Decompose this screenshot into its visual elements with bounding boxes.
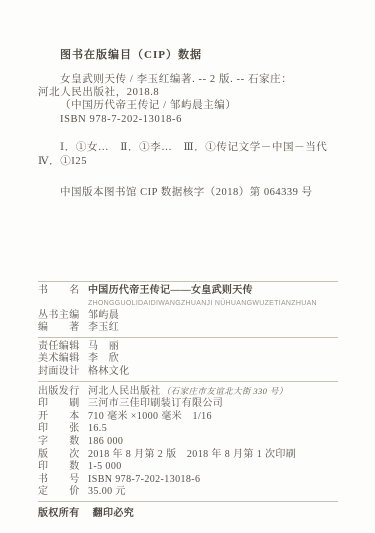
copyright-row: 版权所有 翻印必究: [38, 505, 338, 521]
row-value: 中国历代帝王传记——女皇武则天传: [88, 285, 253, 298]
colophon-row-edition: 版 次 2018 年 8 月第 2 版 2018 年 8 月第 1 次印刷: [38, 449, 338, 462]
row-label: 印 刷: [38, 398, 82, 411]
colophon-row-author: 编 著 李玉红: [38, 322, 338, 335]
row-label: 编 著: [38, 322, 82, 335]
copyright-reserved-label: 版权所有: [38, 507, 80, 521]
colophon-row-price: 定 价 35.00 元: [38, 486, 338, 499]
cip-line-isbn: ISBN 978-7-202-13018-6: [38, 113, 344, 126]
row-value: 李玉红: [88, 322, 119, 335]
row-label: 印 数: [38, 461, 82, 474]
row-label: 版 次: [38, 449, 82, 462]
colophon-row-sheets: 印 张 16.5: [38, 423, 338, 436]
row-label: 丛书主编: [38, 310, 82, 323]
copyright-page: 图书在版编目（CIP）数据 女皇武则天传 / 李玉红编著. -- 2 版. --…: [0, 0, 375, 533]
row-label: 书 号: [38, 474, 82, 487]
row-label: 开 本: [38, 411, 82, 424]
publisher-address: （石家庄市友谊北大街 330 号）: [162, 386, 288, 396]
row-label: 定 价: [38, 486, 82, 499]
colophon-row-publisher: 出版发行 河北人民出版社（石家庄市友谊北大街 330 号）: [38, 385, 338, 399]
colophon-row-printer: 印 刷 三河市三佳印刷装订有限公司: [38, 398, 338, 411]
row-label: 字 数: [38, 436, 82, 449]
colophon-row-isbn: 书 号 ISBN 978-7-202-13018-6: [38, 474, 338, 487]
publisher-name: 河北人民出版社: [88, 386, 161, 397]
colophon-row-responsible-editor: 责任编辑 马 丽: [38, 341, 338, 354]
row-label: 责任编辑: [38, 341, 82, 354]
cip-line-title: 女皇武则天传 / 李玉红编著. -- 2 版. -- 石家庄：: [38, 73, 344, 86]
row-label: 封面设计: [38, 366, 82, 379]
row-value: 格林文化: [88, 366, 130, 379]
row-value: 三河市三佳印刷装订有限公司: [88, 398, 223, 411]
row-value: 李 欣: [88, 353, 119, 366]
colophon-row-art-editor: 美术编辑 李 欣: [38, 353, 338, 366]
colophon-section-editors: 责任编辑 马 丽 美术编辑 李 欣 封面设计 格林文化: [38, 337, 338, 381]
colophon-row-book-title: 书 名 中国历代帝王传记——女皇武则天传: [38, 285, 338, 298]
row-value: 河北人民出版社（石家庄市友谊北大街 330 号）: [88, 385, 288, 399]
cip-classification-line1: Ⅰ．①女… Ⅱ．①李… Ⅲ．①传记文学－中国－当代: [38, 141, 344, 155]
row-value: 马 丽: [88, 341, 119, 354]
cip-paragraph: 女皇武则天传 / 李玉红编著. -- 2 版. -- 石家庄： 河北人民出版社，…: [38, 73, 344, 126]
row-value: 2018 年 8 月第 2 版 2018 年 8 月第 1 次印刷: [88, 449, 296, 462]
row-label: 美术编辑: [38, 353, 82, 366]
colophon-row-series-editor: 丛书主编 邹屿晨: [38, 310, 338, 323]
colophon-table: 书 名 中国历代帝王传记——女皇武则天传 ZHONGGUOLIDAIDIWANG…: [38, 281, 338, 523]
cip-header: 图书在版编目（CIP）数据: [60, 46, 202, 62]
row-label: 书 名: [38, 285, 82, 298]
row-value: ISBN 978-7-202-13018-6: [88, 474, 200, 487]
colophon-section-title: 书 名 中国历代帝王传记——女皇武则天传 ZHONGGUOLIDAIDIWANG…: [38, 281, 338, 337]
row-value: 35.00 元: [88, 486, 126, 499]
cip-classification-line2: Ⅳ．①I25: [38, 155, 344, 169]
cip-line-publisher: 河北人民出版社，2018.8: [38, 86, 344, 99]
row-value: 186 000: [88, 436, 123, 449]
colophon-row-cover-design: 封面设计 格林文化: [38, 366, 338, 379]
row-value: 邹屿晨: [88, 310, 119, 323]
copyright-notice: 版权所有 翻印必究: [38, 501, 338, 523]
colophon-row-format: 开 本 710 毫米 ×1000 毫米 1/16: [38, 411, 338, 424]
colophon-section-publishing: 出版发行 河北人民出版社（石家庄市友谊北大街 330 号） 印 刷 三河市三佳印…: [38, 381, 338, 501]
row-label: 出版发行: [38, 386, 82, 399]
colophon-row-word-count: 字 数 186 000: [38, 436, 338, 449]
row-value: 710 毫米 ×1000 毫米 1/16: [88, 411, 212, 424]
colophon-row-print-run: 印 数 1-5 000: [38, 461, 338, 474]
row-label: 印 张: [38, 423, 82, 436]
row-value: 16.5: [88, 423, 107, 436]
cip-classification: Ⅰ．①女… Ⅱ．①李… Ⅲ．①传记文学－中国－当代 Ⅳ．①I25: [38, 141, 344, 169]
copyright-no-reproduction-label: 翻印必究: [93, 507, 135, 521]
book-title-pinyin: ZHONGGUOLIDAIDIWANGZHUANJI NÜHUANGWUZETI…: [88, 298, 338, 310]
cip-line-series: （中国历代帝王传记 / 邹屿晨主编）: [38, 99, 344, 112]
row-value: 1-5 000: [88, 461, 122, 474]
cip-registry-number: 中国版本图书馆 CIP 数据核字（2018）第 064339 号: [60, 184, 312, 199]
